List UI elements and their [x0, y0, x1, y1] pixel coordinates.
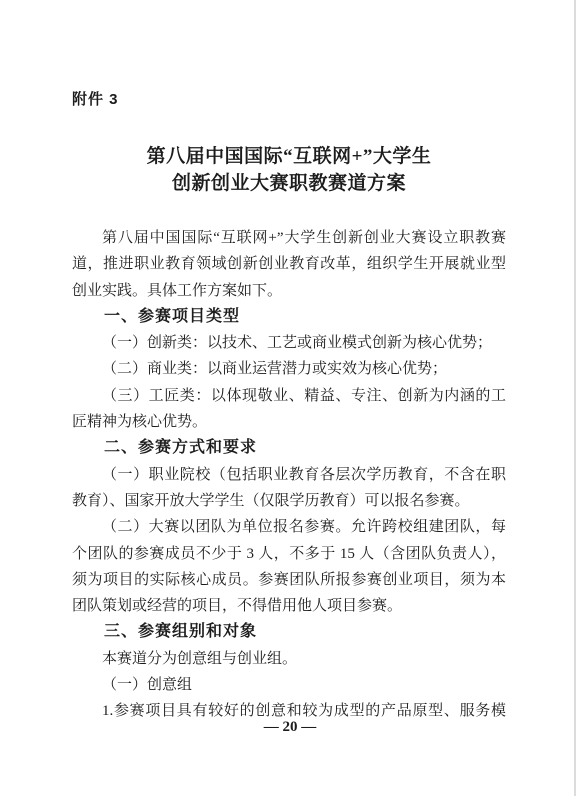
- text-line: 三、参赛组别和对象: [72, 619, 506, 645]
- text-line: 须为项目的实际核心成员。参赛团队所报参赛创业项目，须为本: [72, 567, 506, 593]
- text-line: （二）大赛以团队为单位报名参赛。允许跨校组建团队，每: [72, 514, 506, 540]
- text-line: 道，推进职业教育领域创新创业教育改革，组织学生开展就业型: [72, 251, 506, 277]
- text-line: （一）创意组: [72, 672, 506, 698]
- document-body: 第八届中国国际“互联网+”大学生创新创业大赛设立职教赛道，推进职业教育领域创新创…: [72, 225, 506, 725]
- document-page: 附件 3 第八届中国国际“互联网+”大学生 创新创业大赛职教赛道方案 第八届中国…: [0, 0, 580, 796]
- attachment-label: 附件 3: [72, 88, 506, 109]
- text-line: （二）商业类：以商业运营潜力或实效为核心优势；: [72, 356, 506, 382]
- text-line: 本赛道分为创意组与创业组。: [72, 646, 506, 672]
- page-edge-divider: [574, 0, 576, 796]
- text-line: （三）工匠类：以体现敬业、精益、专注、创新为内涵的工: [72, 383, 506, 409]
- document-title-line-2: 创新创业大赛职教赛道方案: [72, 170, 506, 197]
- text-line: 二、参赛方式和要求: [72, 435, 506, 461]
- text-line: （一）创新类：以技术、工艺或商业模式创新为核心优势；: [72, 330, 506, 356]
- document-title-line-1: 第八届中国国际“互联网+”大学生: [72, 143, 506, 170]
- text-line: 团队策划或经营的项目，不得借用他人项目参赛。: [72, 593, 506, 619]
- text-line: 教育）、国家开放大学学生（仅限学历教育）可以报名参赛。: [72, 488, 506, 514]
- text-line: 一、参赛项目类型: [72, 304, 506, 330]
- document-content: 附件 3 第八届中国国际“互联网+”大学生 创新创业大赛职教赛道方案 第八届中国…: [72, 0, 506, 725]
- page-number: — 20 —: [0, 719, 580, 736]
- text-line: 创业实践。具体工作方案如下。: [72, 278, 506, 304]
- text-line: 第八届中国国际“互联网+”大学生创新创业大赛设立职教赛: [72, 225, 506, 251]
- document-title: 第八届中国国际“互联网+”大学生 创新创业大赛职教赛道方案: [72, 143, 506, 197]
- text-line: （一）职业院校（包括职业教育各层次学历教育，不含在职: [72, 462, 506, 488]
- text-line: 个团队的参赛成员不少于 3 人，不多于 15 人（含团队负责人），: [72, 541, 506, 567]
- text-line: 匠精神为核心优势。: [72, 409, 506, 435]
